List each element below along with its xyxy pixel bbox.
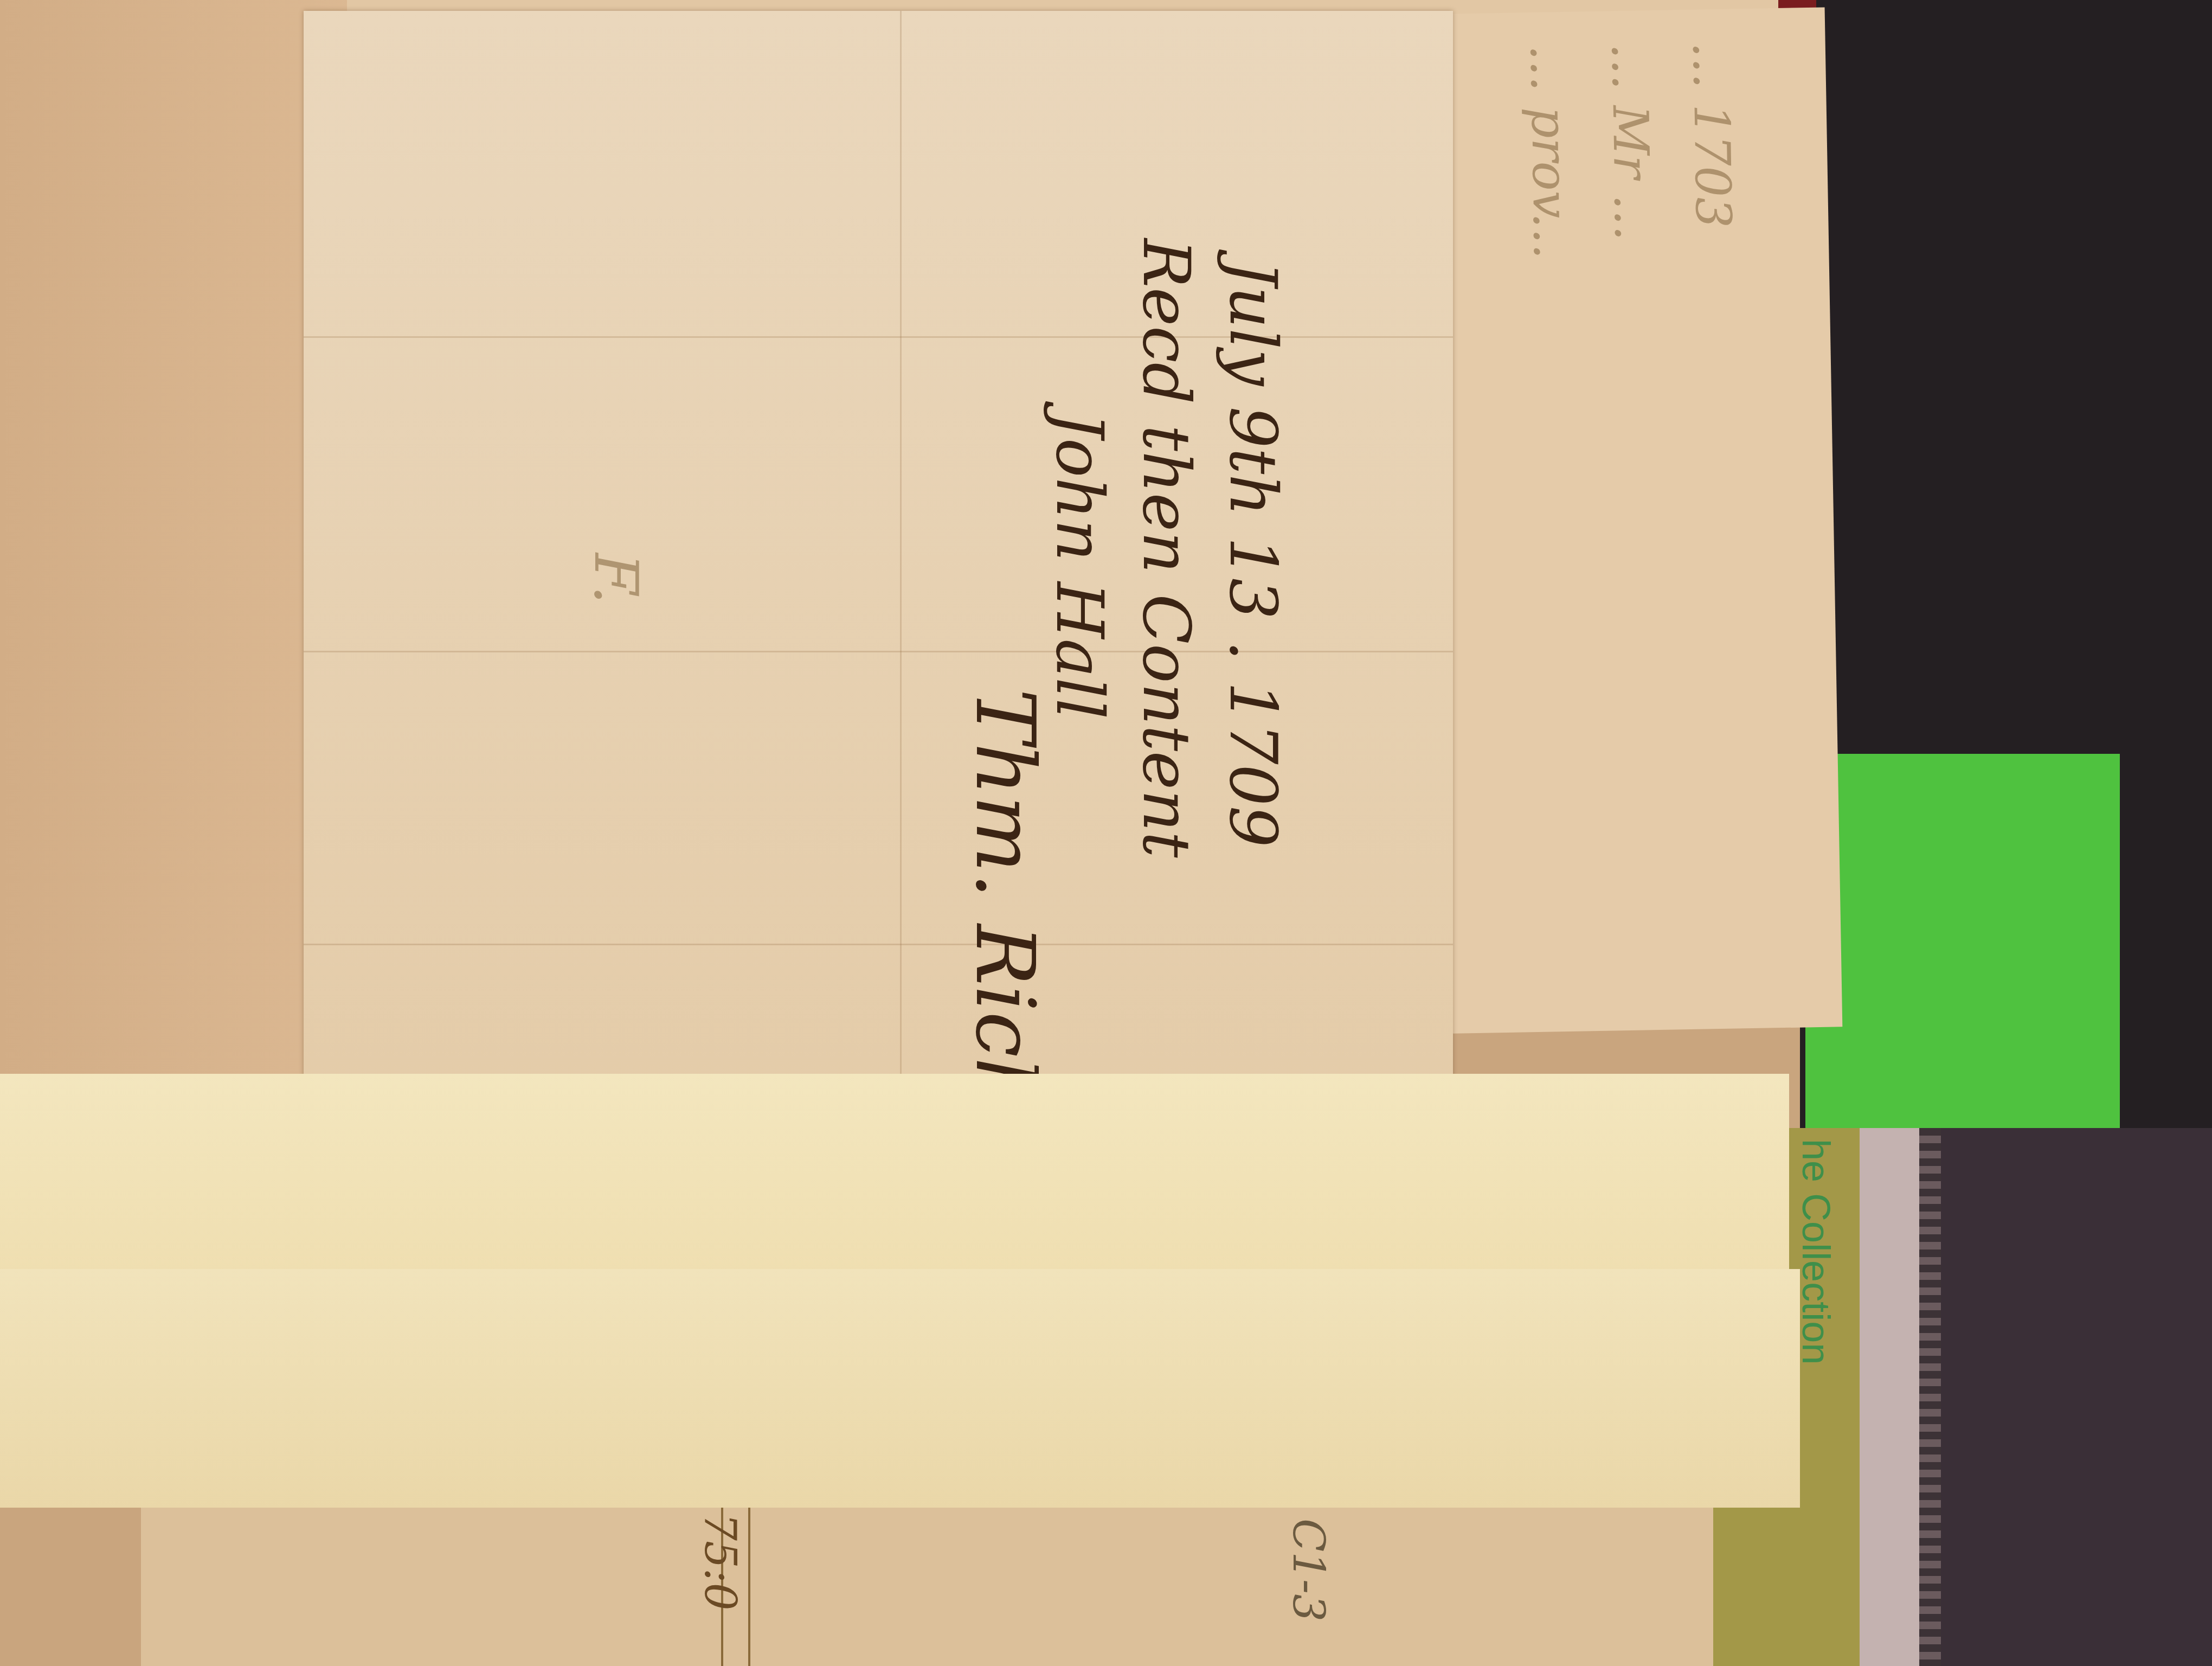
amount: 75:0 <box>695 1513 745 1611</box>
reference-number: C1-3 <box>1283 1518 1334 1622</box>
signature: Thm. Rich. <box>957 689 1052 1135</box>
main-letter: July 9th 13 . 1709 Recd then Content Joh… <box>304 11 1453 1258</box>
date-line: July 9th 13 . 1709 <box>1215 260 1290 847</box>
dark-background <box>1941 1128 2212 1666</box>
folder-flap <box>0 1269 1800 1508</box>
received-line: Recd then Content <box>1128 239 1204 858</box>
fold-line <box>900 11 902 1258</box>
green-sticky-note <box>1805 754 2120 1128</box>
sign-border <box>1860 1128 1919 1666</box>
fold-line <box>304 944 1453 945</box>
verso-bleed: F. <box>581 553 651 604</box>
name-line: John Hall <box>1041 412 1117 719</box>
lower-document: 75:0 C1-3 <box>141 1508 1713 1666</box>
sign-title: he Collection <box>1793 1139 1838 1364</box>
ruled-line <box>748 1508 750 1666</box>
zigzag-edge <box>1919 1128 1941 1666</box>
folder-flap <box>0 1074 1789 1280</box>
underlying-letter: ... 1703 ... Mr ... ... prov... <box>1412 7 1843 1034</box>
under-letter-line1: ... 1703 <box>1682 41 1742 228</box>
under-letter-line2: ... Mr ... <box>1600 43 1661 241</box>
under-letter-line3: ... prov... <box>1519 44 1580 260</box>
